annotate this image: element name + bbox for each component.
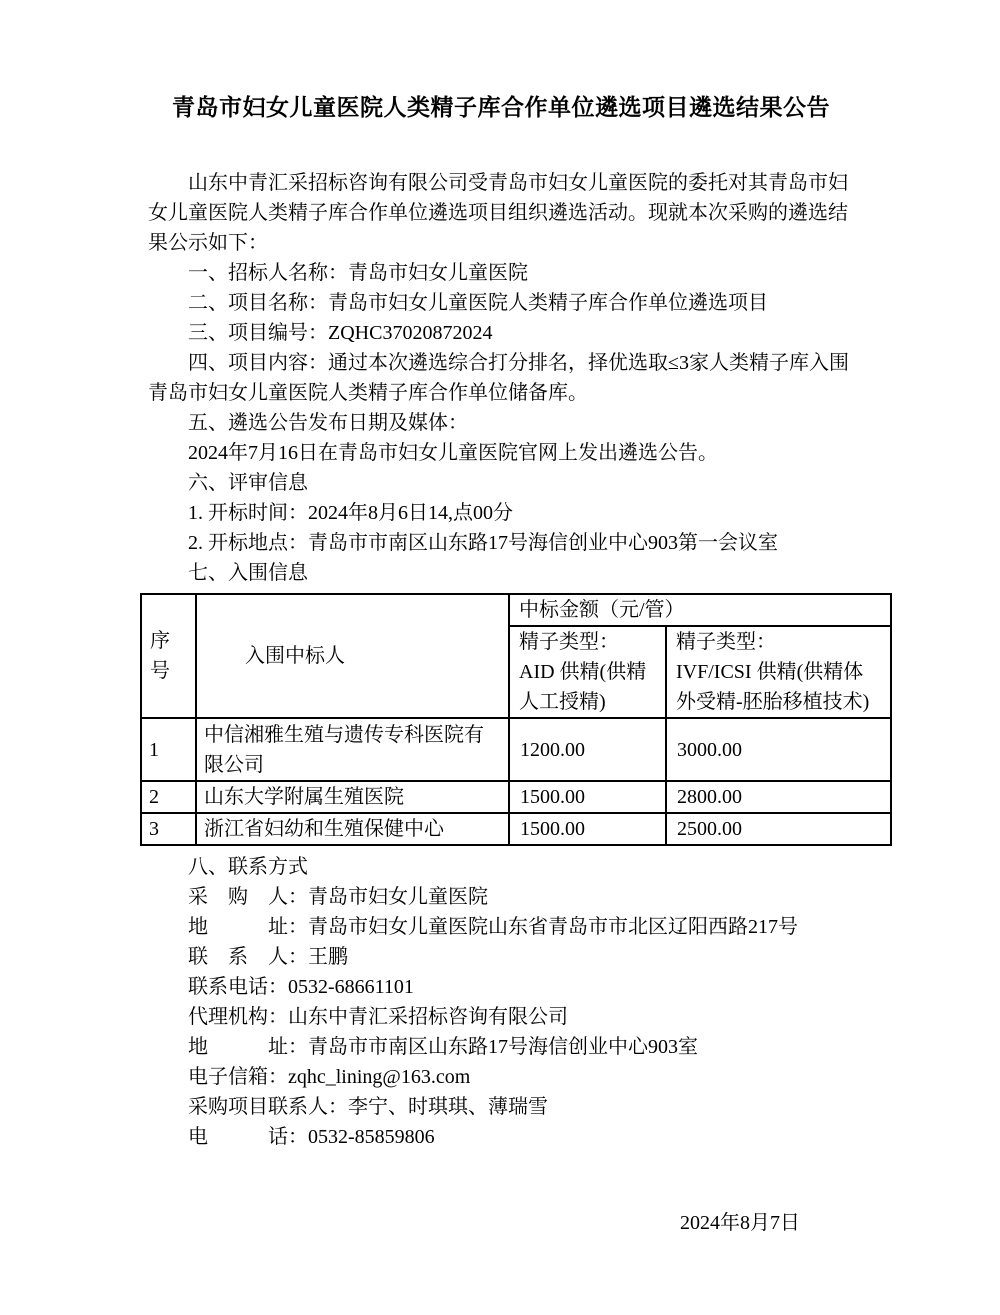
contact-label: 采 购 人： bbox=[188, 886, 308, 908]
col-header-winner: 入围中标人 bbox=[196, 594, 509, 718]
winners-table: 序号 入围中标人 中标金额（元/管） 精子类型： AID 供精(供精人工授精) … bbox=[140, 593, 892, 846]
announcement-page: 青岛市妇女儿童医院人类精子库合作单位遴选项目遴选结果公告 山东中青汇采招标咨询有… bbox=[0, 0, 1000, 1315]
intro-paragraph: 山东中青汇采招标咨询有限公司受青岛市妇女儿童医院的委托对其青岛市妇女儿童医院人类… bbox=[148, 168, 854, 258]
table-row: 3 浙江省妇幼和生殖保健中心 1500.00 2500.00 bbox=[141, 813, 891, 845]
contact-value: zqhc_lining@163.com bbox=[288, 1066, 470, 1088]
contact-value: 山东中青汇采招标咨询有限公司 bbox=[288, 1006, 568, 1028]
document-date: 2024年8月7日 bbox=[148, 1208, 854, 1238]
item-project-name: 二、项目名称：青岛市妇女儿童医院人类精子库合作单位遴选项目 bbox=[148, 288, 854, 318]
item-announcement-media: 五、遴选公告发布日期及媒体： bbox=[148, 408, 854, 438]
row-seq: 1 bbox=[141, 718, 196, 781]
aid-type-label: 精子类型： bbox=[519, 627, 656, 657]
row-winner: 山东大学附属生殖医院 bbox=[196, 781, 509, 813]
item-project-number: 三、项目编号：ZQHC37020872024 bbox=[148, 318, 854, 348]
ivf-type-value: IVF/ICSI 供精(供精体外受精-胚胎移植技术) bbox=[676, 657, 881, 717]
item-review-info: 六、评审信息 bbox=[148, 468, 854, 498]
row-aid-price: 1500.00 bbox=[509, 813, 666, 845]
contact-line-agency: 代理机构：山东中青汇采招标咨询有限公司 bbox=[148, 1002, 854, 1032]
aid-type-value: AID 供精(供精人工授精) bbox=[519, 657, 656, 717]
table-row: 1 中信湘雅生殖与遗传专科医院有限公司 1200.00 3000.00 bbox=[141, 718, 891, 781]
contact-value: 青岛市妇女儿童医院山东省青岛市市北区辽阳西路217号 bbox=[308, 916, 798, 938]
col-header-ivf: 精子类型： IVF/ICSI 供精(供精体外受精-胚胎移植技术) bbox=[666, 626, 891, 718]
col-header-amount: 中标金额（元/管） bbox=[509, 594, 891, 626]
page-content: 青岛市妇女儿童医院人类精子库合作单位遴选项目遴选结果公告 山东中青汇采招标咨询有… bbox=[0, 92, 1000, 1238]
row-seq: 2 bbox=[141, 781, 196, 813]
contact-label: 电子信箱： bbox=[188, 1066, 288, 1088]
contact-value: 0532-68661101 bbox=[288, 976, 414, 998]
contact-line-email: 电子信箱：zqhc_lining@163.com bbox=[148, 1062, 854, 1092]
contact-line-agency-phone: 电 话：0532-85859806 bbox=[148, 1122, 854, 1152]
contact-label: 电 话： bbox=[188, 1126, 308, 1148]
row-ivf-price: 2500.00 bbox=[666, 813, 891, 845]
contact-line-project-contacts: 采购项目联系人：李宁、时琪琪、薄瑞雪 bbox=[148, 1092, 854, 1122]
contact-value: 青岛市妇女儿童医院 bbox=[308, 886, 488, 908]
contact-label: 地 址： bbox=[188, 916, 308, 938]
item-shortlist-info: 七、入围信息 bbox=[148, 558, 854, 588]
contact-label: 地 址： bbox=[188, 1036, 308, 1058]
contact-label: 采购项目联系人： bbox=[188, 1096, 348, 1118]
contact-section: 八、联系方式 采 购 人：青岛市妇女儿童医院 地 址：青岛市妇女儿童医院山东省青… bbox=[148, 852, 854, 1152]
row-aid-price: 1500.00 bbox=[509, 781, 666, 813]
contact-heading: 八、联系方式 bbox=[148, 852, 854, 882]
item-announcement-date: 2024年7月16日在青岛市妇女儿童医院官网上发出遴选公告。 bbox=[148, 438, 854, 468]
contact-value: 李宁、时琪琪、薄瑞雪 bbox=[348, 1096, 548, 1118]
contact-label: 代理机构： bbox=[188, 1006, 288, 1028]
row-ivf-price: 2800.00 bbox=[666, 781, 891, 813]
contact-label: 联系电话： bbox=[188, 976, 288, 998]
contact-line-phone: 联系电话：0532-68661101 bbox=[148, 972, 854, 1002]
row-aid-price: 1200.00 bbox=[509, 718, 666, 781]
item-project-content: 四、项目内容：通过本次遴选综合打分排名，择优选取≤3家人类精子库入围青岛市妇女儿… bbox=[148, 348, 854, 408]
row-winner: 中信湘雅生殖与遗传专科医院有限公司 bbox=[196, 718, 509, 781]
item-bidder-name: 一、招标人名称：青岛市妇女儿童医院 bbox=[148, 258, 854, 288]
contact-value: 青岛市市南区山东路17号海信创业中心903室 bbox=[308, 1036, 698, 1058]
table-header-row-1: 序号 入围中标人 中标金额（元/管） bbox=[141, 594, 891, 626]
row-ivf-price: 3000.00 bbox=[666, 718, 891, 781]
contact-line-purchaser: 采 购 人：青岛市妇女儿童医院 bbox=[148, 882, 854, 912]
ivf-type-label: 精子类型： bbox=[676, 627, 881, 657]
item-bid-opening-time: 1. 开标时间：2024年8月6日14,点00分 bbox=[148, 498, 854, 528]
row-winner: 浙江省妇幼和生殖保健中心 bbox=[196, 813, 509, 845]
page-title: 青岛市妇女儿童医院人类精子库合作单位遴选项目遴选结果公告 bbox=[148, 92, 854, 124]
contact-value: 王鹏 bbox=[308, 946, 348, 968]
contact-line-agency-address: 地 址：青岛市市南区山东路17号海信创业中心903室 bbox=[148, 1032, 854, 1062]
contact-line-purchaser-address: 地 址：青岛市妇女儿童医院山东省青岛市市北区辽阳西路217号 bbox=[148, 912, 854, 942]
table-row: 2 山东大学附属生殖医院 1500.00 2800.00 bbox=[141, 781, 891, 813]
row-seq: 3 bbox=[141, 813, 196, 845]
contact-line-contact-person: 联 系 人：王鹏 bbox=[148, 942, 854, 972]
contact-label: 联 系 人： bbox=[188, 946, 308, 968]
col-header-aid: 精子类型： AID 供精(供精人工授精) bbox=[509, 626, 666, 718]
contact-value: 0532-85859806 bbox=[308, 1126, 435, 1148]
item-bid-opening-place: 2. 开标地点：青岛市市南区山东路17号海信创业中心903第一会议室 bbox=[148, 528, 854, 558]
col-header-seq: 序号 bbox=[141, 594, 196, 718]
